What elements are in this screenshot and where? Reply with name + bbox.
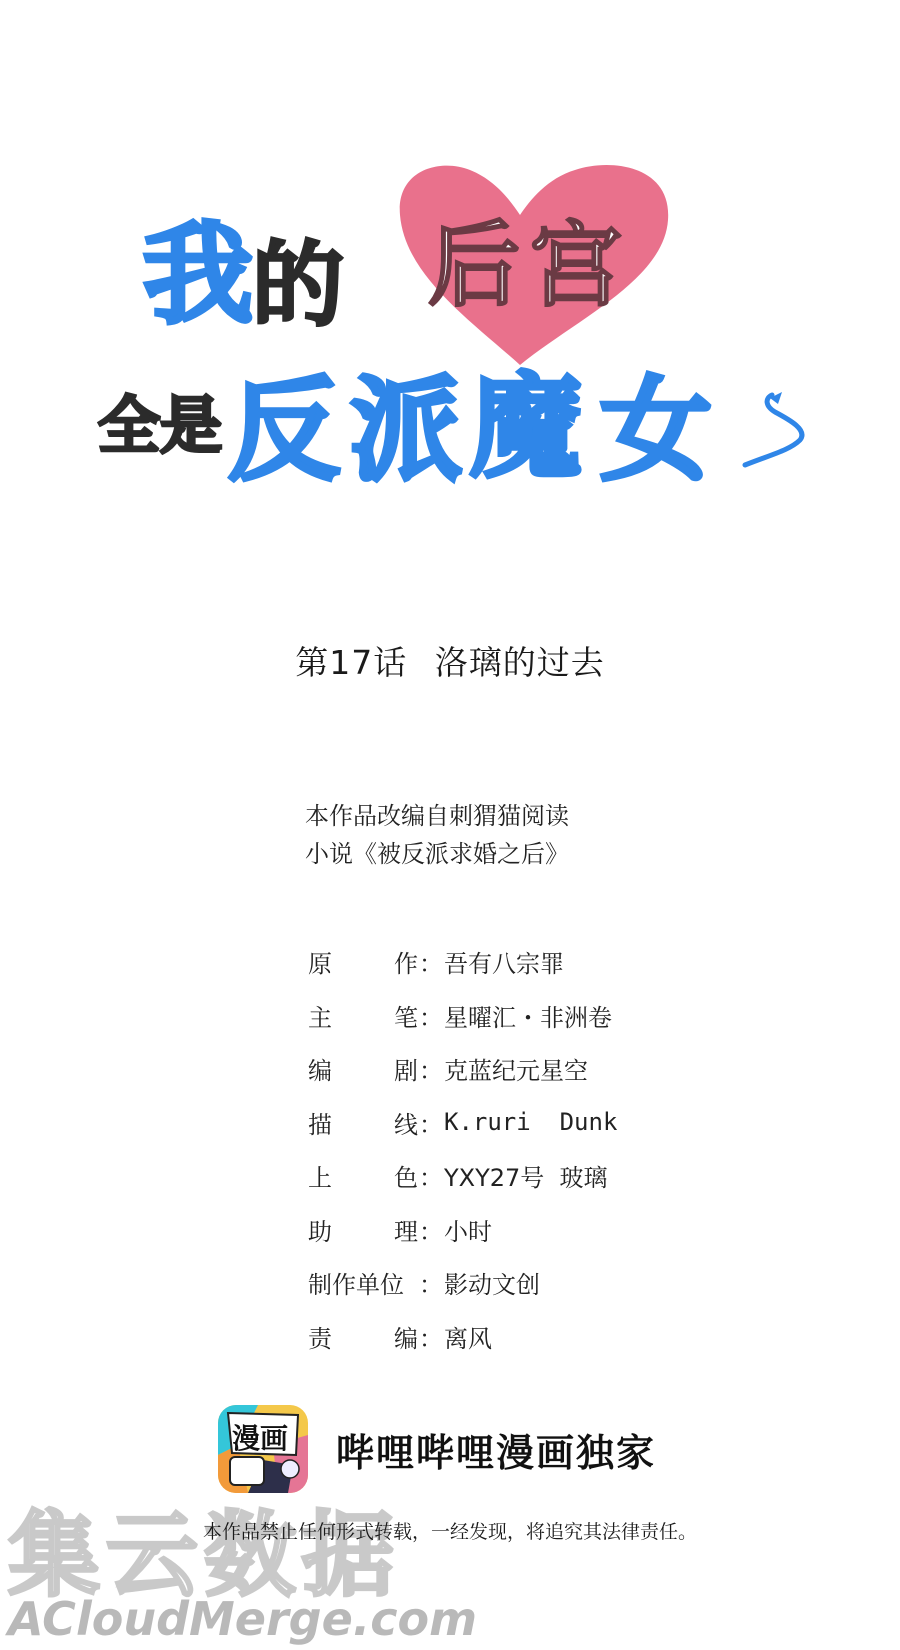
credit-role: 制作单位 [308,1265,418,1300]
credit-role: 责编 [308,1319,418,1354]
credit-role: 主笔 [308,998,418,1033]
app-icon-text: 漫画 [232,1417,288,1457]
logo-char: 女 [600,375,712,487]
credit-value: 吾有八宗罪 [444,944,564,979]
publisher-banner: 漫画 哔哩哔哩漫画独家 [218,1405,656,1493]
credit-value: K.ruri Dunk [444,1108,617,1136]
publisher-label: 哔哩哔哩漫画独家 [336,1422,656,1477]
credit-value: 克蓝纪元星空 [444,1051,588,1086]
credit-value: 小时 [444,1212,492,1247]
watermark-en: ACloudMerge.com [8,1596,477,1642]
credit-value: 影动文创 [444,1265,540,1300]
logo-char: 全 [98,395,160,457]
logo-char: 我 [143,220,253,330]
colon: ： [418,1319,444,1354]
credit-value: YXY27号 玻璃 [444,1158,608,1193]
title-logo: 我 的 后 宫 全 是 反 派 魔 女 [0,0,900,560]
credit-role: 编剧 [308,1051,418,1086]
heart-char: 宫 [530,220,622,312]
credits-list: 原作 ： 吾有八宗罪 主笔 ： 星曜汇・非洲卷 编剧 ： 克蓝纪元星空 描线 ：… [308,935,617,1363]
credit-value: 星曜汇・非洲卷 [444,998,612,1033]
credit-role: 描线 [308,1105,418,1140]
credit-row: 助理 ： 小时 [308,1203,617,1257]
source-line: 本作品改编自刺猬猫阅读 [305,797,569,835]
credit-role: 上色 [308,1158,418,1193]
credit-row: 制作单位 ： 影动文创 [308,1256,617,1310]
credit-role: 助理 [308,1212,418,1247]
logo-char: 派 [350,375,462,487]
credit-row: 描线 ： K.ruri Dunk [308,1096,617,1150]
colon: ： [418,1105,444,1140]
heart-char: 后 [428,220,520,312]
colon: ： [418,1265,444,1300]
colon: ： [418,1212,444,1247]
credit-role: 原作 [308,944,418,979]
chapter-name: 洛璃的过去 [435,643,605,682]
logo-char: 的 [252,240,344,332]
credit-row: 原作 ： 吾有八宗罪 [308,935,617,989]
copyright-notice: 本作品禁止任何形式转载，一经发现，将追究其法律责任。 [0,1517,900,1544]
credit-row: 上色 ： YXY27号 玻璃 [308,1149,617,1203]
source-line: 小说《被反派求婚之后》 [305,835,569,873]
colon: ： [418,1051,444,1086]
colon: ： [418,1158,444,1193]
logo-char: 魔 [470,372,582,484]
colon: ： [418,944,444,979]
chapter-title: 第17话 洛璃的过去 [0,637,900,684]
chapter-number: 第17话 [295,643,407,682]
logo-char: 是 [160,395,222,457]
source-info: 本作品改编自刺猬猫阅读 小说《被反派求婚之后》 [305,797,569,873]
logo-char: 反 [228,375,340,487]
credit-row: 责编 ： 离风 [308,1310,617,1364]
credit-value: 离风 [444,1319,492,1354]
bilibili-comics-app-icon: 漫画 [218,1405,308,1493]
credit-row: 编剧 ： 克蓝纪元星空 [308,1042,617,1096]
credit-row: 主笔 ： 星曜汇・非洲卷 [308,989,617,1043]
colon: ： [418,998,444,1033]
